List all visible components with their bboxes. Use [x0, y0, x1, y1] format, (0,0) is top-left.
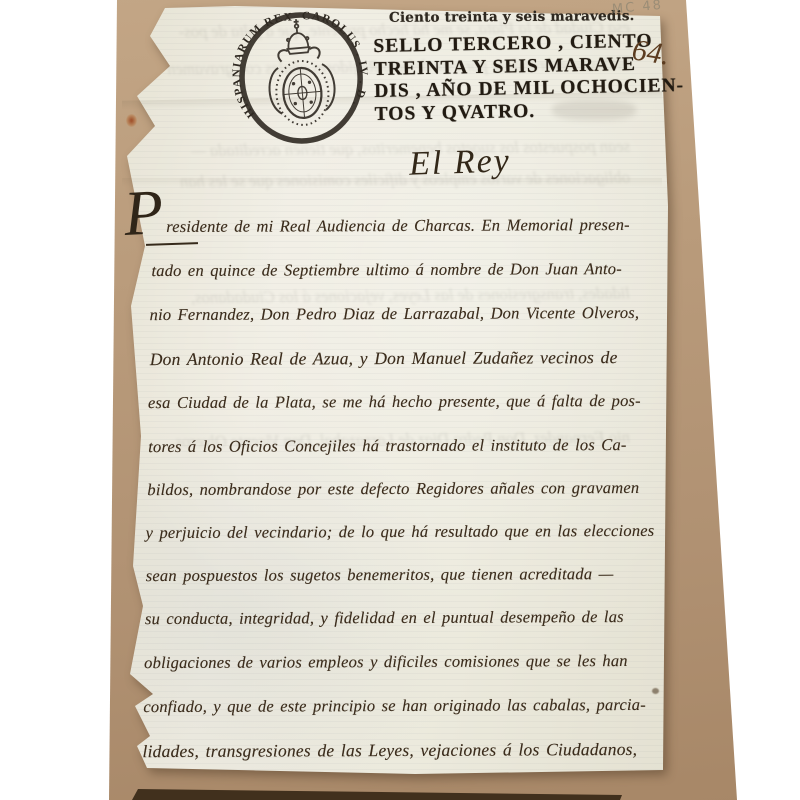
manuscript-line: Don Antonio Real de Azua, y Don Manuel Z… — [150, 347, 618, 370]
folio-number: 64. — [630, 33, 672, 72]
manuscript-line: y perjuicio del vecindario; de lo que há… — [146, 521, 655, 543]
manuscript-line: obligaciones de varios empleos y dificil… — [144, 651, 628, 673]
manuscript-line: lidades, transgresiones de las Leyes, ve… — [142, 739, 637, 762]
manuscript-line: tado en quince de Septiembre ultimo á no… — [151, 259, 622, 281]
manuscript-body: residente de mi Real Audiencia de Charca… — [0, 0, 800, 800]
manuscript-line: sean pospuestos los sugetos benemeritos,… — [146, 564, 614, 586]
manuscript-line: esa Ciudad de la Plata, se me há hecho p… — [148, 391, 641, 413]
manuscript-line: su conducta, integridad, y fidelidad en … — [145, 607, 624, 629]
photo-of-manuscript: esa Ciudad de la Plata, se me há hecho p… — [0, 0, 800, 800]
manuscript-line: residente de mi Real Audiencia de Charca… — [166, 215, 630, 237]
manuscript-line: tores á los Oficios Concejiles há trasto… — [148, 435, 626, 457]
manuscript-line: confiado, y que de este principio se han… — [143, 695, 646, 717]
manuscript-line: bildos, nombrandose por este defecto Reg… — [147, 478, 639, 500]
manuscript-line: nio Fernandez, Don Pedro Diaz de Larraza… — [150, 303, 640, 325]
